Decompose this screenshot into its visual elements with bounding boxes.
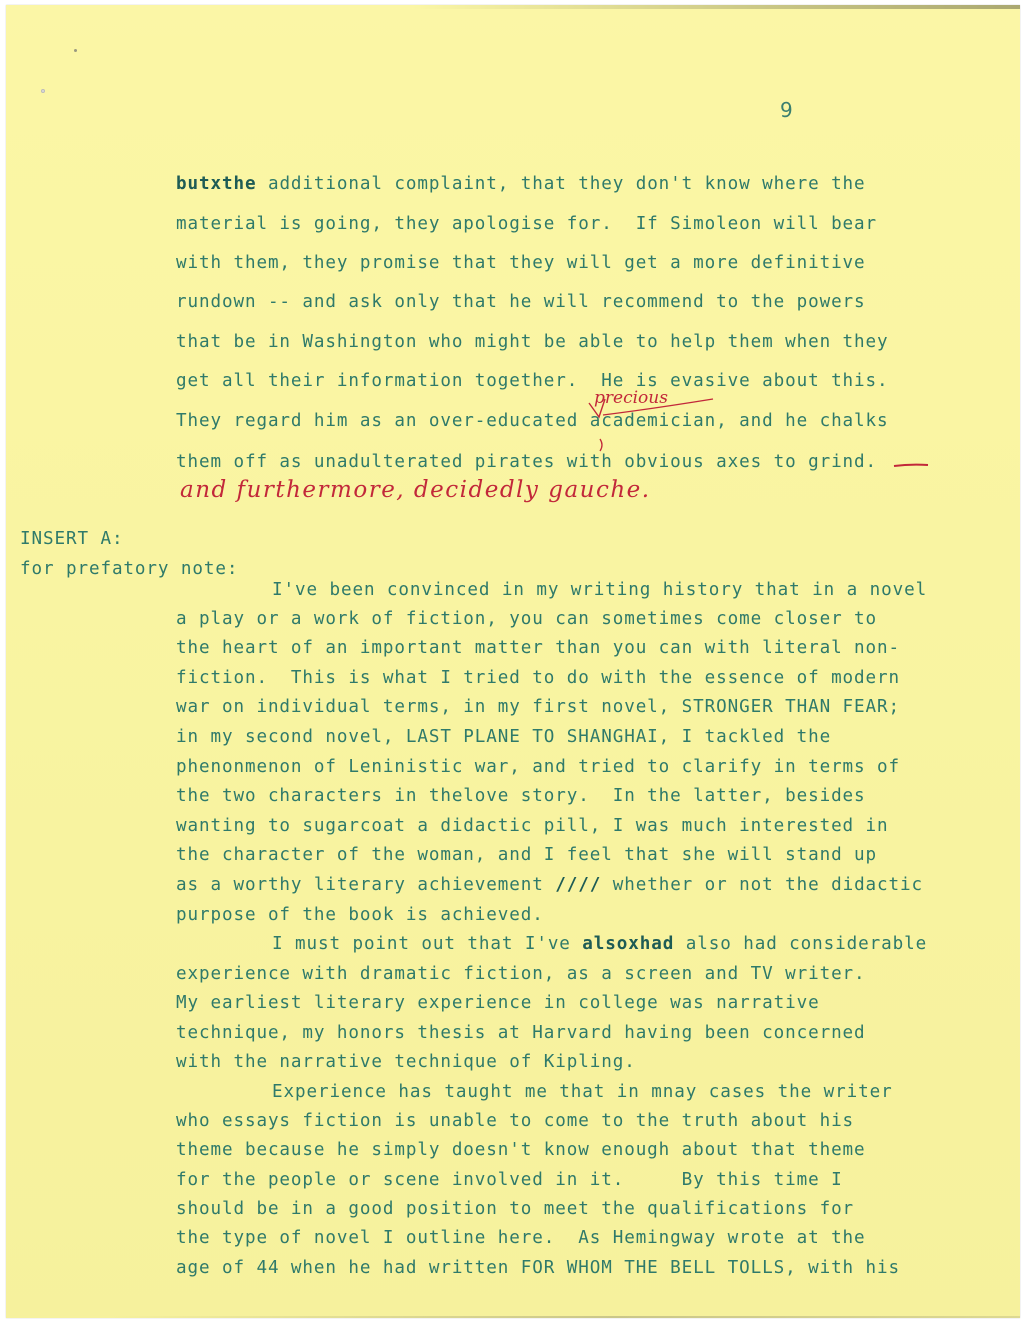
text-line: that be in Washington who might be able … <box>176 332 889 352</box>
text-line: I've been convinced in my writing histor… <box>272 580 927 600</box>
text-line: experience with dramatic fiction, as a s… <box>176 964 866 984</box>
paper-speck <box>74 49 77 52</box>
text-line: with them, they promise that they will g… <box>176 253 866 273</box>
text-line: for the people or scene involved in it. … <box>176 1170 843 1190</box>
text-line: rundown -- and ask only that he will rec… <box>176 292 866 312</box>
text-line: I must point out that I've alsoxhad also… <box>272 934 927 954</box>
paper-speck <box>41 89 45 93</box>
text-line: the heart of an important matter than yo… <box>176 638 900 658</box>
text-line: who essays fiction is unable to come to … <box>176 1111 854 1131</box>
text-line: phenonmenon of Leninistic war, and tried… <box>176 757 900 777</box>
typewritten-page: 9 butxthe additional complaint, that the… <box>6 5 1020 1318</box>
text-line: war on individual terms, in my first nov… <box>176 697 900 717</box>
text-line: purpose of the book is achieved. <box>176 905 544 925</box>
insertion-dash-mark <box>892 460 932 470</box>
text-line: They regard him as an over-educated acad… <box>176 411 889 431</box>
struck-text: alsoxhad <box>582 934 674 954</box>
text-line: age of 44 when he had written FOR WHOM T… <box>176 1258 900 1278</box>
text-line: them off as unadulterated pirates with o… <box>176 452 877 472</box>
text-line: material is going, they apologise for. I… <box>176 214 877 234</box>
text-line: the two characters in thelove story. In … <box>176 786 866 806</box>
handwritten-insertion-gauche: and furthermore, decidedly gauche. <box>180 477 651 503</box>
text-line: the character of the woman, and I feel t… <box>176 845 877 865</box>
text-line: the type of novel I outline here. As Hem… <box>176 1228 866 1248</box>
text-line: a play or a work of fiction, you can som… <box>176 609 877 629</box>
text-line: in my second novel, LAST PLANE TO SHANGH… <box>176 727 831 747</box>
text-line: get all their information together. He i… <box>176 371 889 391</box>
struck-text: butxthe <box>176 174 256 194</box>
insert-heading: INSERT A: <box>20 529 123 549</box>
text-line: Experience has taught me that in mnay ca… <box>272 1082 893 1102</box>
struck-text: //// <box>555 875 601 895</box>
insertion-caret-mark <box>581 395 721 455</box>
text-line: technique, my honors thesis at Harvard h… <box>176 1023 866 1043</box>
text-line: with the narrative technique of Kipling. <box>176 1052 636 1072</box>
text-line: wanting to sugarcoat a didactic pill, I … <box>176 816 889 836</box>
text-line: My earliest literary experience in colle… <box>176 993 820 1013</box>
insert-subheading: for prefatory note: <box>20 559 238 579</box>
text-line: as a worthy literary achievement //// wh… <box>176 875 923 895</box>
text-line: theme because he simply doesn't know eno… <box>176 1140 866 1160</box>
page-number: 9 <box>780 98 793 122</box>
text-line: butxthe additional complaint, that they … <box>176 174 866 194</box>
text-line: should be in a good position to meet the… <box>176 1199 854 1219</box>
text-line: fiction. This is what I tried to do with… <box>176 668 900 688</box>
